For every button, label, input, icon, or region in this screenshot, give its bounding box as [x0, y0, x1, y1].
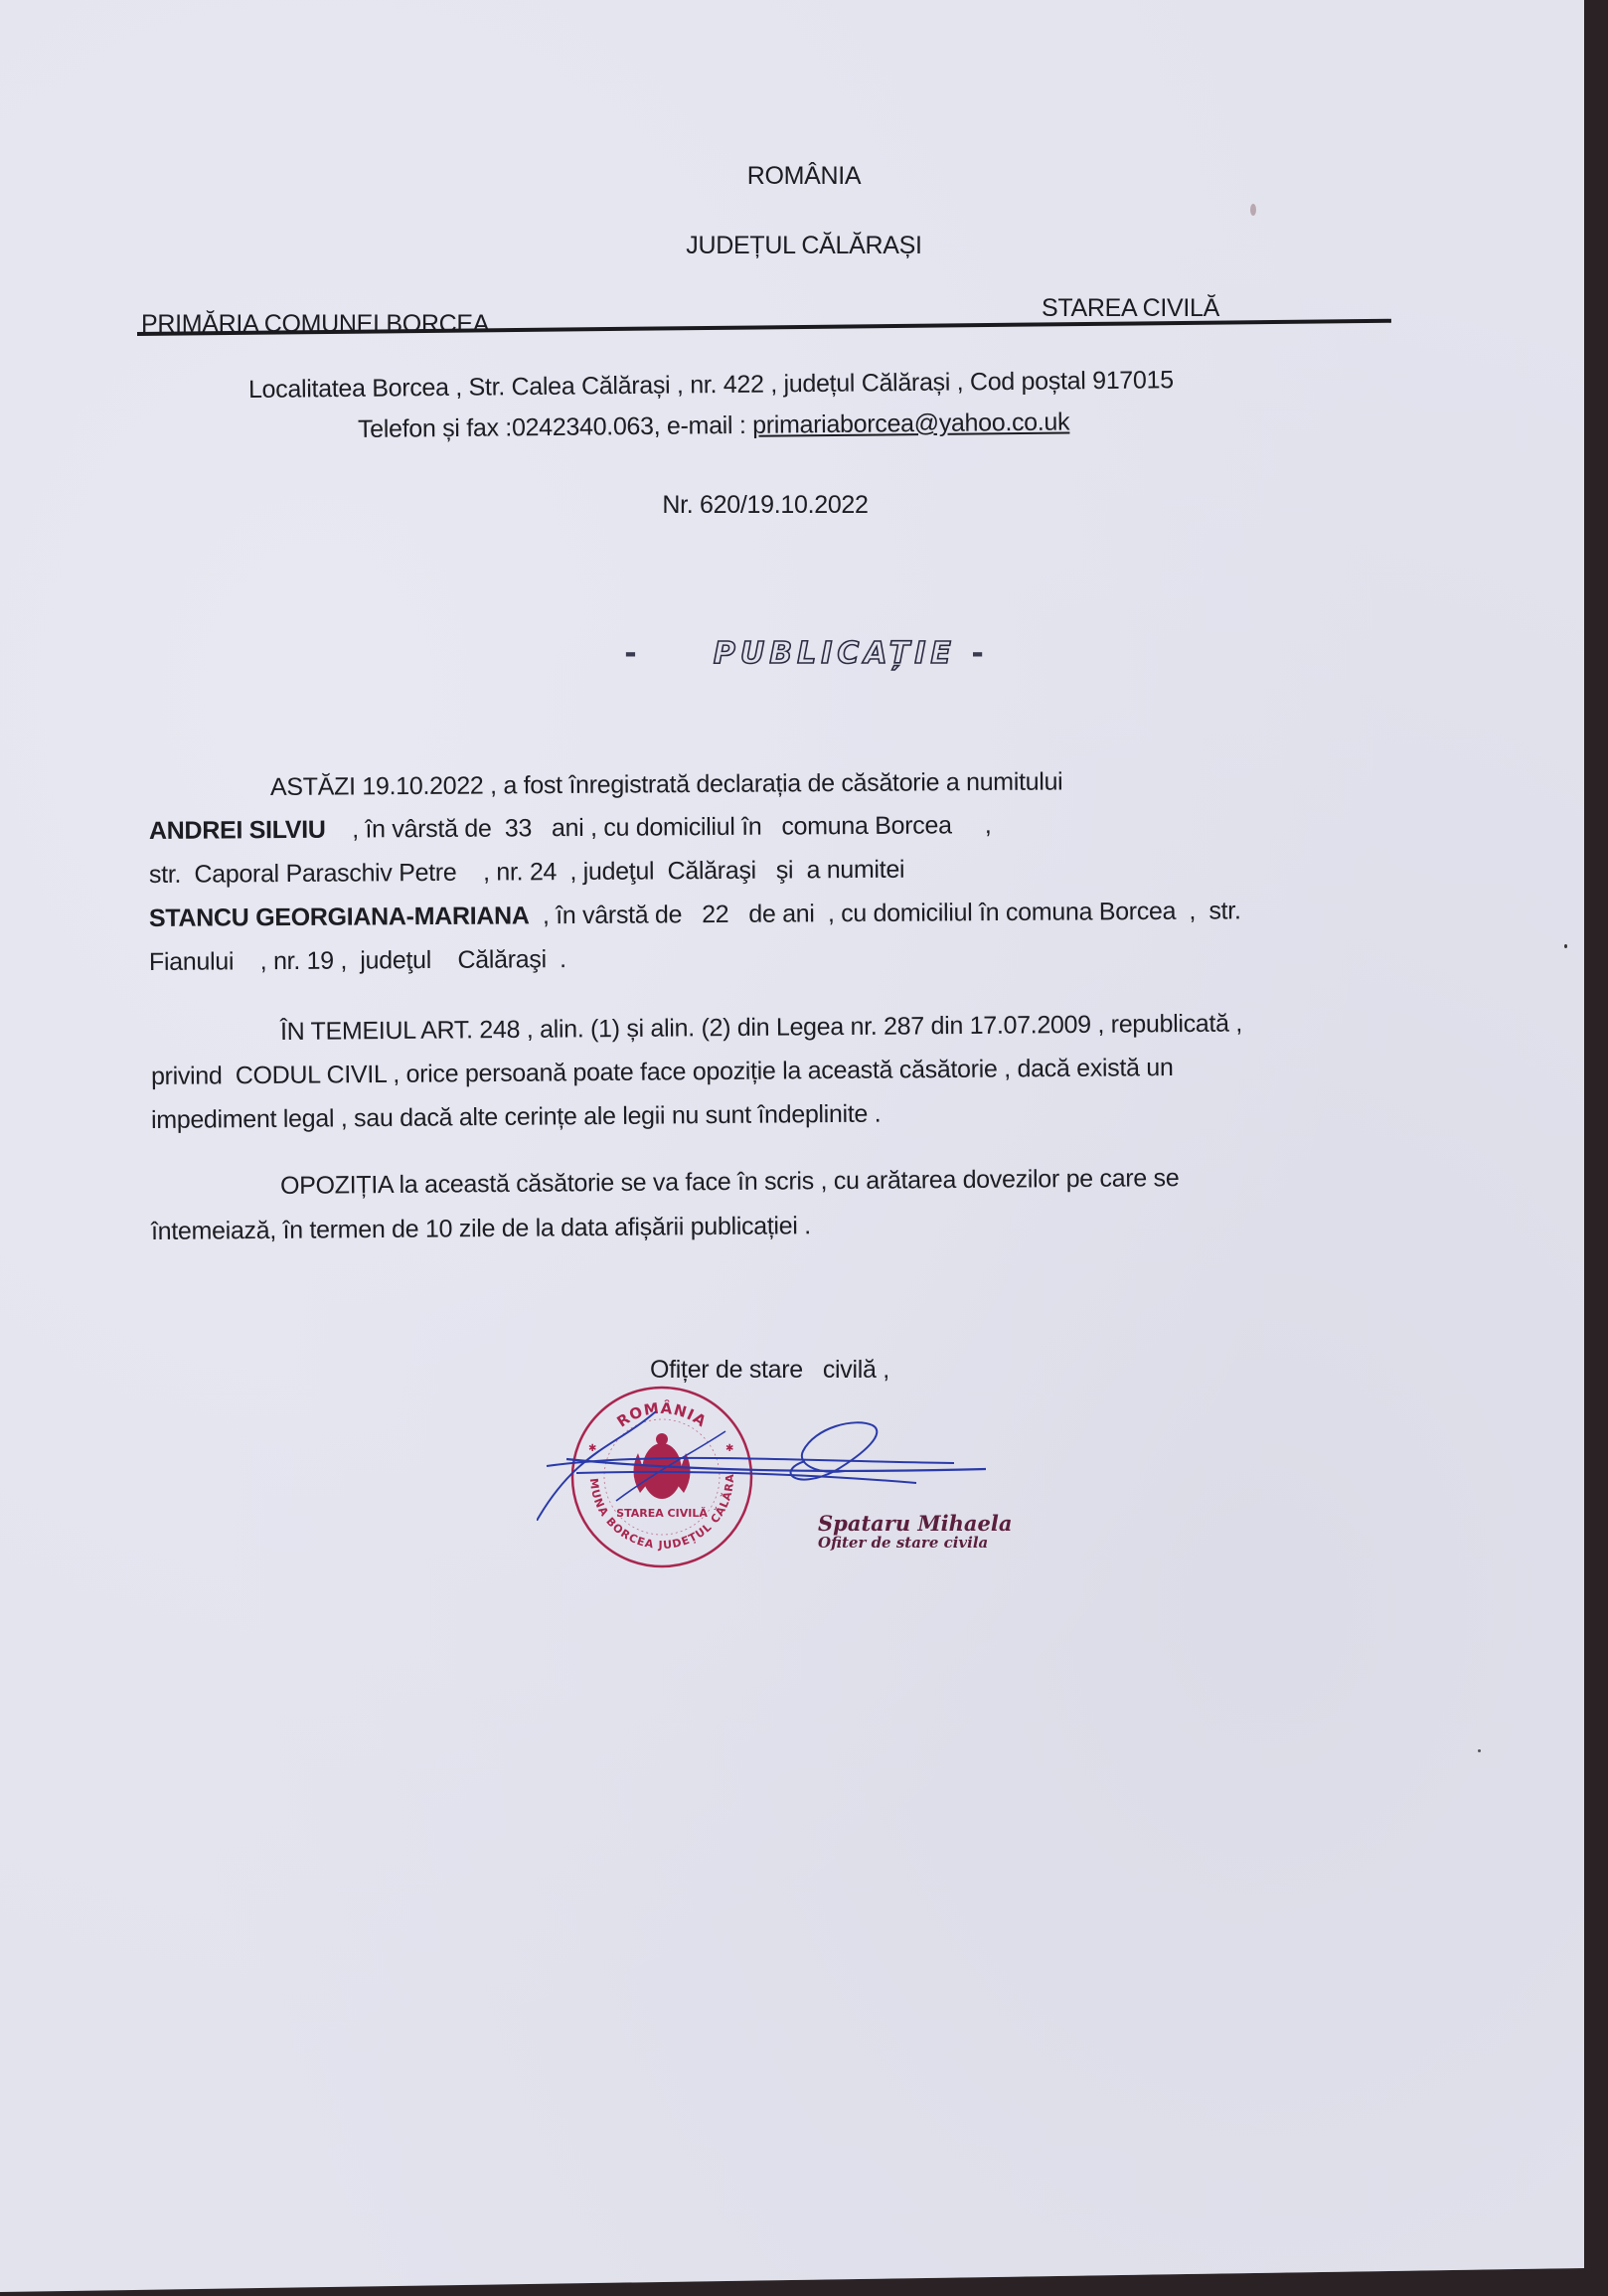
title-dash-right: - — [971, 636, 983, 671]
department-name: STAREA CIVILĂ — [1042, 294, 1219, 323]
signer-role: Ofiter de stare civila — [818, 1534, 1012, 1552]
contact-prefix: Telefon și fax :0242340.063, e-mail : — [358, 411, 752, 443]
groom-name: ANDREI SILVIU — [149, 816, 326, 845]
registration-number: Nr. 620/19.10.2022 — [0, 491, 1530, 520]
p1-line2: ANDREI SILVIU , în vârstă de 33 ani , cu… — [149, 811, 992, 846]
scan-speck — [1250, 204, 1256, 216]
p1-line1: ASTĂZI 19.10.2022 , a fost înregistrată … — [270, 767, 1063, 802]
email-link[interactable]: primariaborcea@yahoo.co.uk — [752, 408, 1069, 438]
signature-label: Ofițer de stare civilă , — [650, 1356, 889, 1385]
title-dash-left: - — [624, 636, 636, 671]
document-page — [0, 0, 1584, 2296]
signer-block: Spataru Mihaela Ofiter de stare civila — [818, 1511, 1012, 1552]
p1-line4-rest: , în vârstă de 22 de ani , cu domiciliul… — [529, 897, 1240, 929]
p1-line5: Fianului , nr. 19 , judeţul Călăraşi . — [149, 945, 566, 977]
document-title: - PUBLICAȚIE - — [0, 636, 1608, 671]
title-text: PUBLICAȚIE — [714, 636, 956, 671]
country-heading: ROMÂNIA — [0, 162, 1608, 191]
p1-line3: str. Caporal Paraschiv Petre , nr. 24 , … — [149, 856, 904, 890]
bride-name: STANCU GEORGIANA-MARIANA — [149, 902, 530, 932]
p1-line2-rest: , în vârstă de 33 ani , cu domiciliul în… — [326, 811, 992, 844]
signer-name: Spataru Mihaela — [818, 1511, 1012, 1536]
scan-speck — [1478, 1749, 1481, 1752]
county-heading: JUDEȚUL CĂLĂRAȘI — [0, 232, 1608, 260]
scan-speck — [1564, 944, 1567, 948]
handwritten-signature — [537, 1411, 994, 1521]
p3-line2: întemeiază, în termen de 10 zile de la d… — [151, 1212, 811, 1246]
